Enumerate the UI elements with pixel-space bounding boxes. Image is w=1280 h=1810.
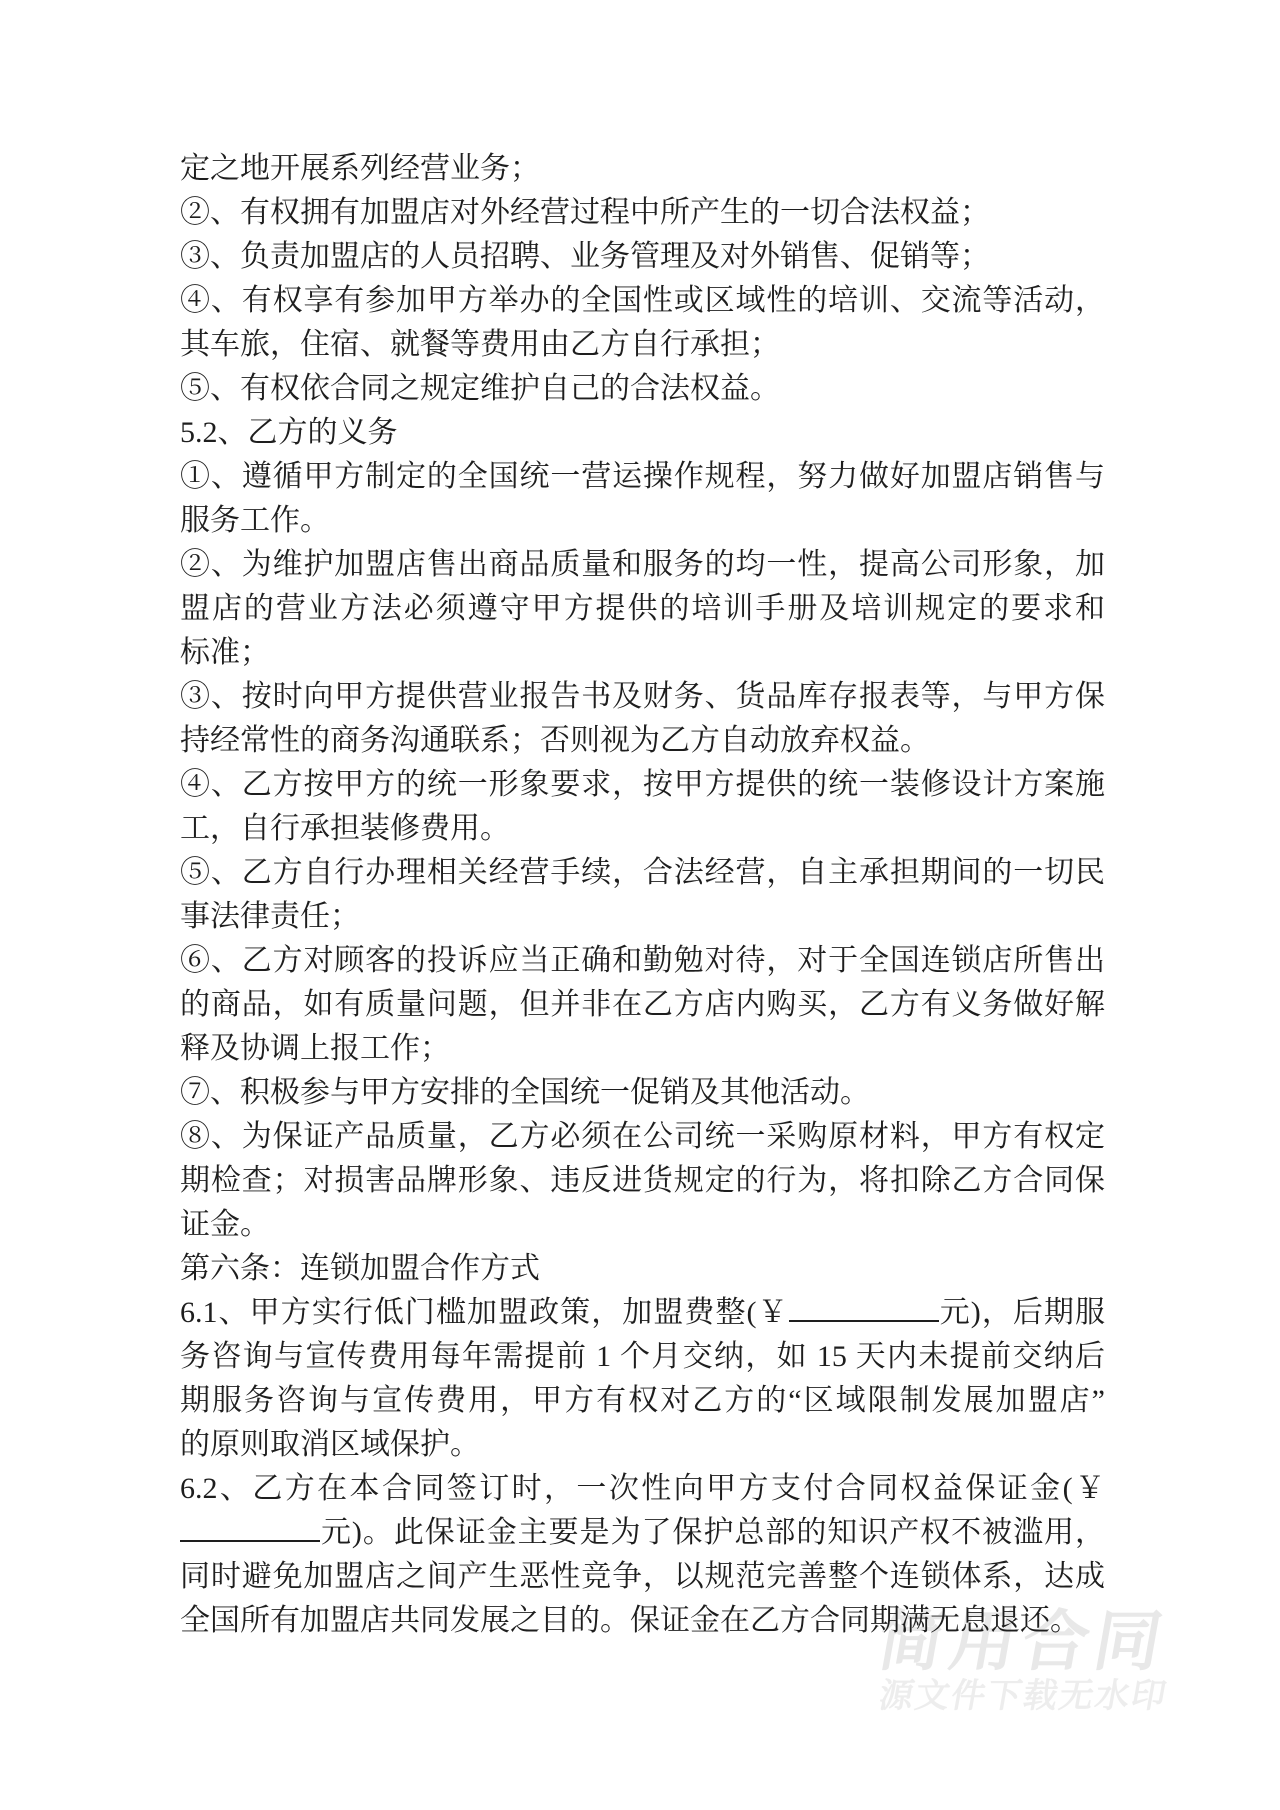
- line-text: 的商品，如有质量问题，但并非在乙方店内购买，乙方有义务做好解: [180, 988, 1105, 1021]
- text-line: 定之地开展系列经营业务；: [180, 147, 1105, 191]
- line-text: ⑤、有权依合同之规定维护自己的合法权益。: [180, 372, 780, 405]
- line-text: 的原则取消区域保护。: [180, 1428, 480, 1461]
- text-line: 5.2、乙方的义务: [180, 411, 1105, 455]
- text-line: 6.1、甲方实行低门槛加盟政策，加盟费整(￥元)，后期服: [180, 1291, 1105, 1335]
- watermark-tagline: 源文件下载无水印: [876, 1668, 1173, 1717]
- text-line: 工，自行承担装修费用。: [180, 807, 1105, 851]
- line-text: 期服务咨询与宣传费用，甲方有权对乙方的“区域限制发展加盟店”: [180, 1384, 1105, 1417]
- text-line: 标准；: [180, 631, 1105, 675]
- fill-in-blank-underline: [789, 1292, 939, 1322]
- line-text: 6.2、乙方在本合同签订时，一次性向甲方支付合同权益保证金(￥: [180, 1472, 1105, 1505]
- text-line: 第六条：连锁加盟合作方式: [180, 1247, 1105, 1291]
- line-text: ⑦、积极参与甲方安排的全国统一促销及其他活动。: [180, 1076, 870, 1109]
- line-text: 定之地开展系列经营业务；: [180, 152, 540, 185]
- text-line: 证金。: [180, 1203, 1105, 1247]
- line-text: ⑧、为保证产品质量，乙方必须在公司统一采购原材料，甲方有权定: [180, 1120, 1105, 1153]
- line-text: 期检查；对损害品牌形象、违反进货规定的行为，将扣除乙方合同保: [180, 1164, 1105, 1197]
- line-text: 标准；: [180, 636, 270, 669]
- text-line: 元)。此保证金主要是为了保护总部的知识产权不被滥用，: [180, 1511, 1105, 1555]
- text-line: ②、有权拥有加盟店对外经营过程中所产生的一切合法权益；: [180, 191, 1105, 235]
- line-text: 全国所有加盟店共同发展之目的。保证金在乙方合同期满无息退还。: [180, 1604, 1080, 1637]
- text-line: ④、有权享有参加甲方举办的全国性或区域性的培训、交流等活动，: [180, 279, 1105, 323]
- line-text: ⑥、乙方对顾客的投诉应当正确和勤勉对待，对于全国连锁店所售出: [180, 944, 1105, 977]
- text-line: 的原则取消区域保护。: [180, 1423, 1105, 1467]
- line-text: 持经常性的商务沟通联系；否则视为乙方自动放弃权益。: [180, 724, 930, 757]
- text-line: ⑤、乙方自行办理相关经营手续，合法经营，自主承担期间的一切民: [180, 851, 1105, 895]
- line-text: ③、按时向甲方提供营业报告书及财务、货品库存报表等，与甲方保: [180, 680, 1105, 713]
- text-line: ③、负责加盟店的人员招聘、业务管理及对外销售、促销等；: [180, 235, 1105, 279]
- text-line: ③、按时向甲方提供营业报告书及财务、货品库存报表等，与甲方保: [180, 675, 1105, 719]
- line-text: 6.1、甲方实行低门槛加盟政策，加盟费整(￥: [180, 1296, 789, 1329]
- line-text: ②、有权拥有加盟店对外经营过程中所产生的一切合法权益；: [180, 196, 990, 229]
- line-text: 事法律责任；: [180, 900, 360, 933]
- text-line: ⑦、积极参与甲方安排的全国统一促销及其他活动。: [180, 1071, 1105, 1115]
- line-text: 务咨询与宣传费用每年需提前 1 个月交纳，如 15 天内未提前交纳后: [180, 1340, 1105, 1373]
- line-text: 盟店的营业方法必须遵守甲方提供的培训手册及培训规定的要求和: [180, 592, 1105, 625]
- line-text: ④、有权享有参加甲方举办的全国性或区域性的培训、交流等活动，: [180, 284, 1105, 317]
- text-line: 其车旅，住宿、就餐等费用由乙方自行承担；: [180, 323, 1105, 367]
- text-line: 务咨询与宣传费用每年需提前 1 个月交纳，如 15 天内未提前交纳后: [180, 1335, 1105, 1379]
- fill-in-blank-underline: [180, 1512, 320, 1542]
- text-line: ②、为维护加盟店售出商品质量和服务的均一性，提高公司形象，加: [180, 543, 1105, 587]
- text-line: ⑥、乙方对顾客的投诉应当正确和勤勉对待，对于全国连锁店所售出: [180, 939, 1105, 983]
- text-line: ⑤、有权依合同之规定维护自己的合法权益。: [180, 367, 1105, 411]
- text-line: 全国所有加盟店共同发展之目的。保证金在乙方合同期满无息退还。: [180, 1599, 1105, 1643]
- text-line: 6.2、乙方在本合同签订时，一次性向甲方支付合同权益保证金(￥: [180, 1467, 1105, 1511]
- line-text: 释及协调上报工作；: [180, 1032, 450, 1065]
- text-line: 服务工作。: [180, 499, 1105, 543]
- line-text: ③、负责加盟店的人员招聘、业务管理及对外销售、促销等；: [180, 240, 990, 273]
- line-text: ①、遵循甲方制定的全国统一营运操作规程，努力做好加盟店销售与: [180, 460, 1105, 493]
- line-text: 元)，后期服: [939, 1296, 1105, 1329]
- line-text: 工，自行承担装修费用。: [180, 812, 510, 845]
- contract-page: 简用合同 源文件下载无水印 定之地开展系列经营业务；②、有权拥有加盟店对外经营过…: [0, 0, 1280, 1810]
- line-text: 第六条：连锁加盟合作方式: [180, 1252, 540, 1285]
- line-text: ④、乙方按甲方的统一形象要求，按甲方提供的统一装修设计方案施: [180, 768, 1105, 801]
- line-text: ②、为维护加盟店售出商品质量和服务的均一性，提高公司形象，加: [180, 548, 1105, 581]
- text-line: ④、乙方按甲方的统一形象要求，按甲方提供的统一装修设计方案施: [180, 763, 1105, 807]
- text-line: 同时避免加盟店之间产生恶性竞争，以规范完善整个连锁体系，达成: [180, 1555, 1105, 1599]
- line-text: 其车旅，住宿、就餐等费用由乙方自行承担；: [180, 328, 780, 361]
- line-text: 元)。此保证金主要是为了保护总部的知识产权不被滥用，: [320, 1516, 1105, 1549]
- line-text: 服务工作。: [180, 504, 330, 537]
- line-text: 证金。: [180, 1208, 270, 1241]
- text-line: 期服务咨询与宣传费用，甲方有权对乙方的“区域限制发展加盟店”: [180, 1379, 1105, 1423]
- text-line: 期检查；对损害品牌形象、违反进货规定的行为，将扣除乙方合同保: [180, 1159, 1105, 1203]
- text-line: 的商品，如有质量问题，但并非在乙方店内购买，乙方有义务做好解: [180, 983, 1105, 1027]
- text-line: 持经常性的商务沟通联系；否则视为乙方自动放弃权益。: [180, 719, 1105, 763]
- line-text: 5.2、乙方的义务: [180, 416, 398, 449]
- document-body: 定之地开展系列经营业务；②、有权拥有加盟店对外经营过程中所产生的一切合法权益；③…: [180, 147, 1105, 1643]
- text-line: 事法律责任；: [180, 895, 1105, 939]
- text-line: ①、遵循甲方制定的全国统一营运操作规程，努力做好加盟店销售与: [180, 455, 1105, 499]
- text-line: 盟店的营业方法必须遵守甲方提供的培训手册及培训规定的要求和: [180, 587, 1105, 631]
- line-text: ⑤、乙方自行办理相关经营手续，合法经营，自主承担期间的一切民: [180, 856, 1105, 889]
- line-text: 同时避免加盟店之间产生恶性竞争，以规范完善整个连锁体系，达成: [180, 1560, 1105, 1593]
- text-line: ⑧、为保证产品质量，乙方必须在公司统一采购原材料，甲方有权定: [180, 1115, 1105, 1159]
- text-line: 释及协调上报工作；: [180, 1027, 1105, 1071]
